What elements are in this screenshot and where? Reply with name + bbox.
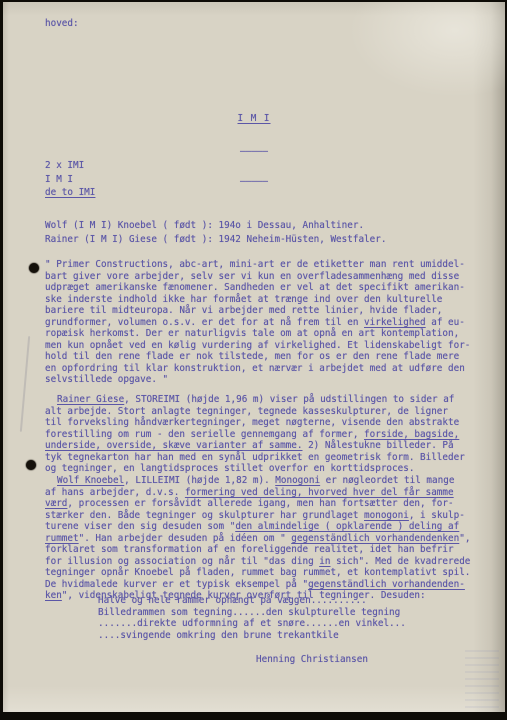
text-line: .......direkte udformning af et snøre...… xyxy=(98,618,406,630)
underlined-text: Wolf Knoebel xyxy=(57,475,124,486)
text-line: Billedrammen som tegning......den skulpt… xyxy=(98,607,406,619)
text-segment: for illusion og association og når til "… xyxy=(45,556,319,567)
text-segment: selvstillede opgave. " xyxy=(45,374,168,385)
text-segment: men kun opnået ved en kølig vurdering af… xyxy=(45,340,470,351)
text-line: værd, processen er forsåvidt allerede ig… xyxy=(45,498,470,510)
text-line: alt arbejde. Stort anlagte tegninger, te… xyxy=(45,406,465,418)
text-segment: , LILLEIMI (højde 1,82 m). xyxy=(124,475,275,486)
text-segment: sich". Med de kvadrerede xyxy=(330,556,470,567)
text-segment: turene viser den sig desuden som " xyxy=(45,521,235,532)
text-segment: Wolf (I M I) Knoebel ( født ): 194o i De… xyxy=(45,220,364,231)
text-line: forestilling om rum - den serielle genne… xyxy=(45,429,465,441)
text-segment: er nøgleordet til mange xyxy=(320,475,454,486)
heading-title: I M I xyxy=(3,113,505,125)
text-line: Rainer Giese, STOREIMI (højde 1,96 m) vi… xyxy=(45,394,465,406)
works-list: Halve og hele rammer ophængt på væggen..… xyxy=(98,595,406,641)
text-line: 2 x IMI xyxy=(45,159,95,173)
text-segment: bart giver vore arbejder, selv ser vi ku… xyxy=(45,271,459,282)
text-segment: ....svingende omkring den brune trekantk… xyxy=(98,630,339,641)
text-segment: og tegninger, en langtidsproces stillet … xyxy=(45,463,414,474)
text-line: af hans arbejder, d.v.s. formering ved d… xyxy=(45,487,470,499)
margin-stain xyxy=(465,650,499,708)
text-segment: hold til den rene flade er nok tilstede,… xyxy=(45,351,459,362)
text-line: underside, overside, skæve varianter af … xyxy=(45,440,465,452)
ink-dot-mark xyxy=(29,263,39,273)
text-segment: en opfordring til klar konstruktion, et … xyxy=(45,363,465,374)
text-line: en opfordring til klar konstruktion, et … xyxy=(45,363,470,375)
text-segment: tegninger opnår Knoebel på fladen, rumme… xyxy=(45,567,470,578)
text-line: Rainer (I M I) Giese ( født ): 1942 Nehe… xyxy=(45,233,386,247)
underlined-text: monogoni xyxy=(364,510,409,521)
rainer-giese-paragraph: Rainer Giese, STOREIMI (højde 1,96 m) vi… xyxy=(45,394,465,475)
text-segment: .......direkte udformning af et snøre...… xyxy=(98,618,406,629)
text-line: ropæisk herkomst. Der er naturligvis tal… xyxy=(45,328,470,340)
underlined-text: virkelighed xyxy=(364,317,426,328)
text-segment: Halve og hele rammer ophængt på væggen..… xyxy=(98,595,367,606)
underlined-text: gegenständlich vorhandendenken xyxy=(291,533,459,544)
text-segment: forestilling om rum - den serielle genne… xyxy=(45,429,364,440)
text-line: bart giver vore arbejder, selv ser vi ku… xyxy=(45,271,470,283)
text-line: tyk tegnekarton har han med en synål udp… xyxy=(45,452,465,464)
underlined-text: rummet xyxy=(45,533,79,544)
text-segment: ". Han arbejder desuden på idéen om " xyxy=(79,533,292,544)
text-line: for illusion og association og når til "… xyxy=(45,556,470,568)
quote-paragraph: " Primer Constructions, abc-art, mini-ar… xyxy=(45,259,470,386)
scanned-typewritten-page: { "colors": { "ink": "#5b56a7", "paper":… xyxy=(0,0,507,720)
text-segment: 2 x IMI xyxy=(45,160,84,171)
text-line: grundformer, volumen o.s.v. er det for a… xyxy=(45,317,470,329)
text-segment: Rainer (I M I) Giese ( født ): 1942 Nehe… xyxy=(45,234,386,245)
text-line: tegninger opnår Knoebel på fladen, rumme… xyxy=(45,567,470,579)
underlined-text: Rainer Giese xyxy=(57,394,124,405)
text-line: men kun opnået ved en kølig vurdering af… xyxy=(45,340,470,352)
text-line: Wolf Knoebel, LILLEIMI (højde 1,82 m). M… xyxy=(45,475,470,487)
underlined-text: forside, bagside, xyxy=(364,429,459,440)
text-segment: alt arbejde. Stort anlagte tegninger, te… xyxy=(45,406,448,417)
text-line: de to IMI xyxy=(45,186,95,200)
pencil-margin-mark xyxy=(20,336,30,432)
text-line: Wolf (I M I) Knoebel ( født ): 194o i De… xyxy=(45,219,386,233)
text-segment: , i skulp- xyxy=(409,510,465,521)
heading-rule: ————— xyxy=(3,148,505,156)
text-segment: ske inderste indhold ikke har formået at… xyxy=(45,294,442,305)
text-segment: I M I xyxy=(45,174,73,185)
text-segment: af eu- xyxy=(426,317,465,328)
text-line: De hvidmalede kurver er et typisk eksemp… xyxy=(45,579,470,591)
paper-sheet: hoved: I M I ————— ————— 2 x IMII M Ide … xyxy=(3,2,505,712)
text-line: " Primer Constructions, abc-art, mini-ar… xyxy=(45,259,470,271)
text-segment: De hvidmalede kurver er et typisk eksemp… xyxy=(45,579,308,590)
underlined-text: den almindelige ( opklarende ) deling af xyxy=(235,521,459,532)
text-segment: ropæisk herkomst. Der er naturligvis tal… xyxy=(45,328,459,339)
text-segment: udpræget amerikanske fænomener. Sandhede… xyxy=(45,282,465,293)
text-segment: forklaret som transformation af en forel… xyxy=(45,544,454,555)
text-segment: grundformer, volumen o.s.v. er det for a… xyxy=(45,317,364,328)
text-line: I M I xyxy=(45,173,95,187)
text-segment: bariere til midteuropa. Når vi arbejder … xyxy=(45,305,442,316)
text-segment: tyk tegnekarton har han med en synål udp… xyxy=(45,452,465,463)
text-line: forklaret som transformation af en forel… xyxy=(45,544,470,556)
text-segment: " Primer Constructions, abc-art, mini-ar… xyxy=(45,259,465,270)
underlined-text: værd xyxy=(45,498,67,509)
text-line: rummet". Han arbejder desuden på idéen o… xyxy=(45,533,470,545)
signature: Henning Christiansen xyxy=(256,654,368,666)
ink-dot-mark xyxy=(26,460,36,470)
text-line: udpræget amerikanske fænomener. Sandhede… xyxy=(45,282,470,294)
underlined-text: gegenständlich vorhandenden- xyxy=(308,579,465,590)
underlined-text: in xyxy=(319,556,330,567)
text-line: Halve og hele rammer ophængt på væggen..… xyxy=(98,595,406,607)
text-line: ske inderste indhold ikke har formået at… xyxy=(45,294,470,306)
imi-intro-block: 2 x IMII M Ide to IMI xyxy=(45,159,95,200)
underlined-text: ken xyxy=(45,590,62,601)
underlined-text: underside, overside, skæve varianter af … xyxy=(45,440,302,451)
text-segment: Billedrammen som tegning......den skulpt… xyxy=(98,607,400,618)
text-segment: , STOREIMI (højde 1,96 m) viser på udsti… xyxy=(124,394,454,405)
text-line: stærker den. Både tegninger og skulpture… xyxy=(45,510,470,522)
underlined-text: formering ved deling, hvorved hver del f… xyxy=(185,487,454,498)
text-line: turene viser den sig desuden som "den al… xyxy=(45,521,470,533)
text-line: til forveksling håndværkertegninger, meg… xyxy=(45,417,465,429)
text-segment: stærker den. Både tegninger og skulpture… xyxy=(45,510,364,521)
text-segment: ", xyxy=(459,533,470,544)
text-line: bariere til midteuropa. Når vi arbejder … xyxy=(45,305,470,317)
wolf-knoebel-paragraph: Wolf Knoebel, LILLEIMI (højde 1,82 m). M… xyxy=(45,475,470,602)
text-segment: 2) Nålestukne billeder. På xyxy=(302,440,453,451)
text-line: selvstillede opgave. " xyxy=(45,374,470,386)
corner-label: hoved: xyxy=(45,18,79,30)
underlined-text: de to IMI xyxy=(45,187,95,198)
text-segment: til forveksling håndværkertegninger, meg… xyxy=(45,417,459,428)
text-segment: af hans arbejder, d.v.s. xyxy=(45,487,185,498)
text-line: ....svingende omkring den brune trekantk… xyxy=(98,630,406,642)
text-segment: , processen er forsåvidt allerede igang,… xyxy=(67,498,453,509)
text-line: og tegninger, en langtidsproces stillet … xyxy=(45,463,465,475)
artist-birth-lines: Wolf (I M I) Knoebel ( født ): 194o i De… xyxy=(45,219,386,247)
underlined-text: Monogoni xyxy=(275,475,320,486)
text-line: hold til den rene flade er nok tilstede,… xyxy=(45,351,470,363)
